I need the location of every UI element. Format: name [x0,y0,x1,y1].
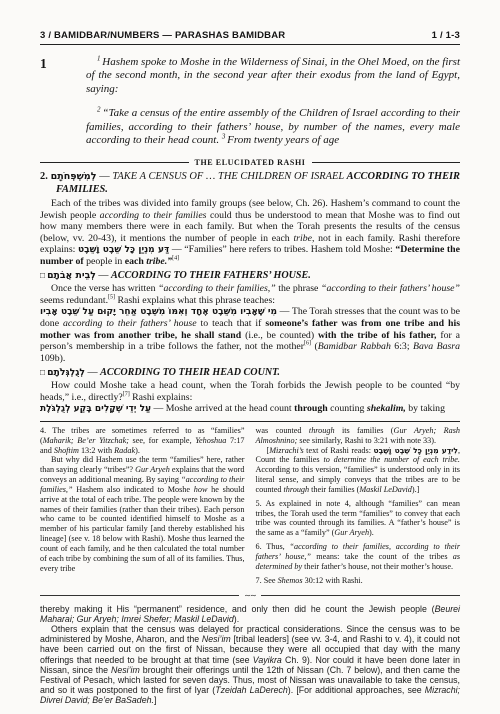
header-verse-reference: 1 / 1-3 [432,30,460,41]
text-run: through [294,403,328,414]
text-run: □ [40,368,47,377]
text-run: לְבֵית אֲבֹתָם [47,270,96,281]
footnote-4: 4. The tribes are sometimes referred to … [40,426,245,456]
verses-2-3: 2 “Take a census of the entire assembly … [86,107,460,147]
text-run: Rashi explains: [130,392,193,403]
text-run: — Moshe arrived at the head count [151,403,294,414]
text-run: דַּע מִנְיַן כָּל שֵׁבֶט וָשֵׁבֶט [78,245,169,255]
footnote-rule [40,421,460,422]
rashi-subheading: □ לְגֻלְגְּלֹתָם — ACCORDING TO THEIR HE… [40,367,460,379]
text-run: 30:12 with Rashi. [303,576,363,585]
text-run: their father’s house, not their mother’s… [302,562,453,571]
text-run: he should arrive at the total of each tr… [40,485,245,573]
text-run: 7. See [256,576,278,585]
text-run: ACCORDING TO THEIR HEAD COUNT. [100,367,280,378]
footnote-7: 7. See Shemos 30:12 with Rashi. [256,576,461,586]
text-run: ). [234,614,239,624]
text-run: tribe.” [146,256,172,267]
text-run: — [85,367,100,378]
text-run: לְגֻלְגְּלֹתָם [47,367,85,378]
text-run: ). [369,528,374,537]
rashi-body: Once the verse has written “according to… [40,283,460,306]
text-run: Hashem spoke to Moshe in the Wilderness … [86,56,460,95]
text-run: Nesi’im [202,634,231,644]
page-header: 3 / BAMIDBAR/NUMBERS — PARASHAS BAMIDBAR… [40,30,460,41]
text-run: Bava Basra [413,341,460,352]
text-run: text of Rashi reads: [304,446,374,455]
text-run: Gur Aryeh [334,528,369,537]
text-run: “according to their families,” [158,283,276,294]
text-run: how [194,485,208,494]
text-run: (i.e., be counted) [241,330,318,341]
text-run: shekalim, [367,403,406,414]
text-run: [5] [108,295,115,301]
footnotes-section: 4. The tribes are sometimes referred to … [40,426,460,586]
rashi-body: עַל יְדֵי שְׁקָלִים בֶּקַע לְגֻלְגֹּלֶת … [40,403,460,415]
text-run: TAKE A CENSUS OF … THE CHILDREN OF ISRAE… [112,171,346,182]
text-run: ACCORDING TO THEIR FATHERS’ HOUSE. [111,270,311,281]
elucidated-rashi-divider: THE ELUCIDATED RASHI [40,158,460,167]
text-run: 109b). [40,353,65,364]
rashi-body: How could Moshe take a head count, when … [40,380,460,403]
text-run: — [96,270,111,281]
rashi-body: מִי שֶׁאָבִיו מִשֵּׁבֶט אֶחָד וְאִמּוֹ מ… [40,306,460,364]
text-run: עַל יְדֵי שְׁקָלִים בֶּקַע לְגֻלְגֹּלֶת [40,404,151,414]
note-body: Others explain that the census was delay… [40,624,460,706]
text-run: Gur Aryeh [135,465,170,474]
text-run: according to their fathers’ house [63,318,197,329]
text-run: the phrase [276,283,321,294]
text-run: ). [For additional approaches, see [288,685,425,695]
text-run: Tzeidah LaDerech [215,685,288,695]
chapter-number: 1 [40,56,47,72]
text-run: Once the verse has written [51,283,158,294]
rashi-subheading: □ לְבֵית אֲבֹתָם — ACCORDING TO THEIR FA… [40,270,460,282]
text-run: by taking [406,403,445,414]
inserted-note-section: thereby making it His “permanent” reside… [40,604,460,706]
text-run: see, for example, [129,436,195,445]
text-run: “according to their fathers’ house” [321,283,460,294]
squiggle-ornament: ∼∼ [239,592,260,600]
text-run: according to their families [100,210,207,221]
text-run: people in [84,256,125,267]
ornament-divider: ∼∼ [40,592,460,600]
divider-line [40,162,189,163]
rashi-commentary-section: 2. לְמִשְׁפְּחֹתָם — TAKE A CENSUS OF … … [40,171,460,414]
text-run: Hashem also indicated to Moshe [73,485,194,494]
text-run: Yehoshua [195,436,226,445]
text-run: How could Moshe take a head count, when … [40,380,460,403]
rashi-heading: 2. לְמִשְׁפְּחֹתָם — TAKE A CENSUS OF … … [40,171,460,196]
text-run: Maskil LeDavid [359,485,412,494]
text-run: with the tribe of his father, [318,330,436,341]
divider-line [312,162,461,163]
verse-translation-section: 1 1 Hashem spoke to Moshe in the Wildern… [40,56,460,147]
text-run: 13:2 with [79,446,114,455]
text-run: לִידַע מִנְיַן כָּל שֵׁבֶט וָשֵׁבֶט [374,446,458,455]
book-page: 3 / BAMIDBAR/NUMBERS — PARASHAS BAMIDBAR… [0,0,500,714]
footnote-4-continued: But why did Hashem use the term “familie… [40,455,245,573]
note-runover: thereby making it His “permanent” reside… [40,604,460,624]
text-run: — [97,171,113,182]
divider-line [261,595,460,596]
text-run: tribe [293,233,312,244]
divider-line [40,595,239,596]
text-run: through [309,426,335,435]
text-run: Nesi’im [111,665,140,675]
text-run: From twenty years of age [227,134,339,146]
text-run: ). [135,446,140,455]
footnotes-right-column: was counted through its families (Gur Ar… [256,426,461,586]
text-run: to determine the number of each tribe. [323,455,460,464]
text-run: Shemos [278,576,303,585]
text-run: Mizrachi’s [269,446,303,455]
text-run: ).] [412,485,420,494]
text-run: means: take the count of the tribes [311,552,453,561]
footnote-4-runover: was counted through its families (Gur Ar… [256,426,461,446]
text-run: מִי שֶׁאָבִיו מִשֵּׁבֶט אֶחָד וְאִמּוֹ מ… [40,307,277,317]
text-run: to teach that if [197,318,266,329]
text-run: 2. [40,171,51,182]
text-run: [4] [172,256,179,262]
verse-1: 1 Hashem spoke to Moshe in the Wildernes… [86,56,460,96]
text-run: 6:3; [391,341,413,352]
footnote-6: 6. Thus, “according to their families, a… [256,542,461,572]
text-run: לְמִשְׁפְּחֹתָם [51,171,97,182]
footnote-5: 5. As explained in note 4, although “fam… [256,499,461,538]
text-run: Bamidbar Rabbah [318,341,391,352]
text-run: Radak [114,446,135,455]
text-run: counting [328,403,367,414]
text-run: its families ( [335,426,394,435]
text-run: see similarly, Rashi to 3:21 with note 3… [297,436,436,445]
text-run: — “Families” here refers to tribes. Hash… [169,244,395,255]
text-run: seems redundant. [40,295,108,306]
text-run: [7] [123,391,130,397]
text-run: 6. Thus, [256,542,290,551]
text-run: ( [311,341,318,352]
text-run: through [283,485,309,494]
elucidated-rashi-label: THE ELUCIDATED RASHI [195,158,306,167]
text-run: was counted [256,426,309,435]
text-run: each [125,256,147,267]
text-run: □ [40,271,47,280]
text-run: Rashi explains what this phrase teaches: [115,295,275,306]
text-run: Vayikra [253,655,282,665]
text-run: their families ( [309,485,359,494]
rashi-body: Each of the tribes was divided into fami… [40,198,460,267]
text-run: ] [154,695,156,705]
text-run: Shoftim [54,446,79,455]
footnotes-left-column: 4. The tribes are sometimes referred to … [40,426,245,586]
header-rule [40,44,460,45]
text-run: Maharik; Be’er Yitzchak; [43,436,129,445]
verse-translation-text: 1 Hashem spoke to Moshe in the Wildernes… [86,56,460,147]
header-book-title: 3 / BAMIDBAR/NUMBERS — PARASHAS BAMIDBAR [40,30,285,41]
text-run: thereby making it His “permanent” reside… [40,604,435,614]
text-run: [6] [304,341,311,347]
footnote-4-bracket: [Mizrachi’s text of Rashi reads: לִידַע … [256,446,461,495]
